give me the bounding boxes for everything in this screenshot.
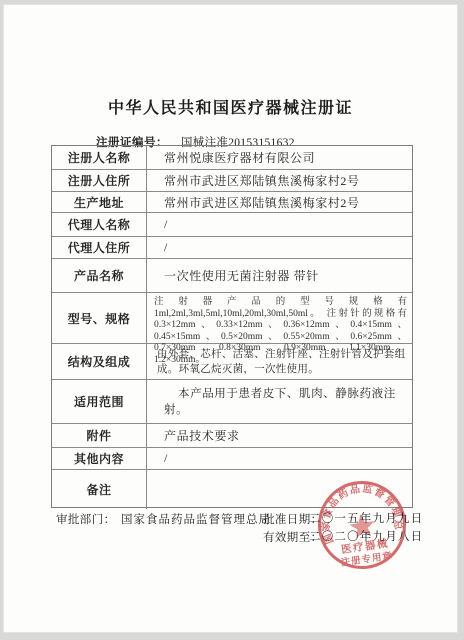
row-value: 常州悦康医疗器材有限公司	[147, 146, 412, 169]
row-label: 注册人名称	[52, 146, 147, 169]
table-row: 注册人住所 常州市武进区郑陆镇焦溪梅家村2号	[52, 170, 412, 192]
table-row: 附件 产品技术要求	[52, 424, 412, 448]
table-row: 型号、规格 注射器产品的型号规格有1ml,2ml,3ml,5ml,10ml,20…	[52, 293, 412, 344]
row-label: 产品名称	[52, 259, 147, 292]
table-row: 结构及组成 由外套、芯杆、活塞、注射针座、注射针管及护套组成。环氧乙烷灭菌，一次…	[52, 344, 412, 380]
row-label: 注册人住所	[52, 170, 147, 191]
table-row: 生产地址 常州市武进区郑陆镇焦溪梅家村2号	[52, 192, 412, 213]
page-title: 中华人民共和国医疗器械注册证	[4, 95, 457, 118]
approval-dept-label: 审批部门：	[56, 511, 116, 527]
row-label: 备注	[52, 470, 147, 509]
scanned-certificate-page: { "page": { "title": "中华人民共和国医疗器械注册证", "…	[0, 0, 464, 640]
row-label: 生产地址	[52, 192, 147, 212]
row-value: 常州市武进区郑陆镇焦溪梅家村2号	[147, 170, 412, 191]
row-value: 注射器产品的型号规格有1ml,2ml,3ml,5ml,10ml,20ml,30m…	[147, 293, 412, 343]
row-label: 其他内容	[52, 448, 147, 469]
row-label: 结构及组成	[52, 344, 147, 379]
table-row: 适用范围 本产品用于患者皮下、肌肉、静脉药液注射。	[52, 380, 412, 424]
table-row: 其他内容 /	[52, 448, 412, 470]
row-label: 代理人名称	[52, 213, 147, 236]
approval-dept-value: 国家食品药品监督管理总局	[121, 511, 271, 527]
row-value: 产品技术要求	[147, 424, 412, 447]
certificate-table: 注册人名称 常州悦康医疗器材有限公司 注册人住所 常州市武进区郑陆镇焦溪梅家村2…	[51, 145, 413, 508]
row-value: 常州市武进区郑陆镇焦溪梅家村2号	[147, 192, 412, 212]
table-row: 代理人名称 /	[52, 213, 412, 237]
row-value: 本产品用于患者皮下、肌肉、静脉药液注射。	[147, 380, 412, 423]
approval-date-value: 二〇一五年九月九日	[309, 510, 423, 526]
table-row: 注册人名称 常州悦康医疗器材有限公司	[52, 146, 412, 170]
valid-until-value: 二〇二〇年九月八日	[309, 528, 423, 544]
table-row: 代理人住所 /	[52, 237, 412, 259]
row-label: 附件	[52, 424, 147, 447]
row-label: 适用范围	[52, 380, 147, 423]
row-label: 型号、规格	[52, 293, 147, 343]
row-value: /	[147, 237, 412, 258]
row-value: /	[147, 448, 412, 469]
row-label: 代理人住所	[52, 237, 147, 258]
row-value: 一次性使用无菌注射器 带针	[147, 259, 412, 292]
certificate-page: 中华人民共和国医疗器械注册证 注册证编号：国械注准20153151632 注册人…	[3, 4, 458, 633]
row-value: /	[147, 213, 412, 236]
row-value: 由外套、芯杆、活塞、注射针座、注射针管及护套组成。环氧乙烷灭菌，一次性使用。	[147, 344, 412, 379]
table-row: 产品名称 一次性使用无菌注射器 带针	[52, 259, 412, 293]
